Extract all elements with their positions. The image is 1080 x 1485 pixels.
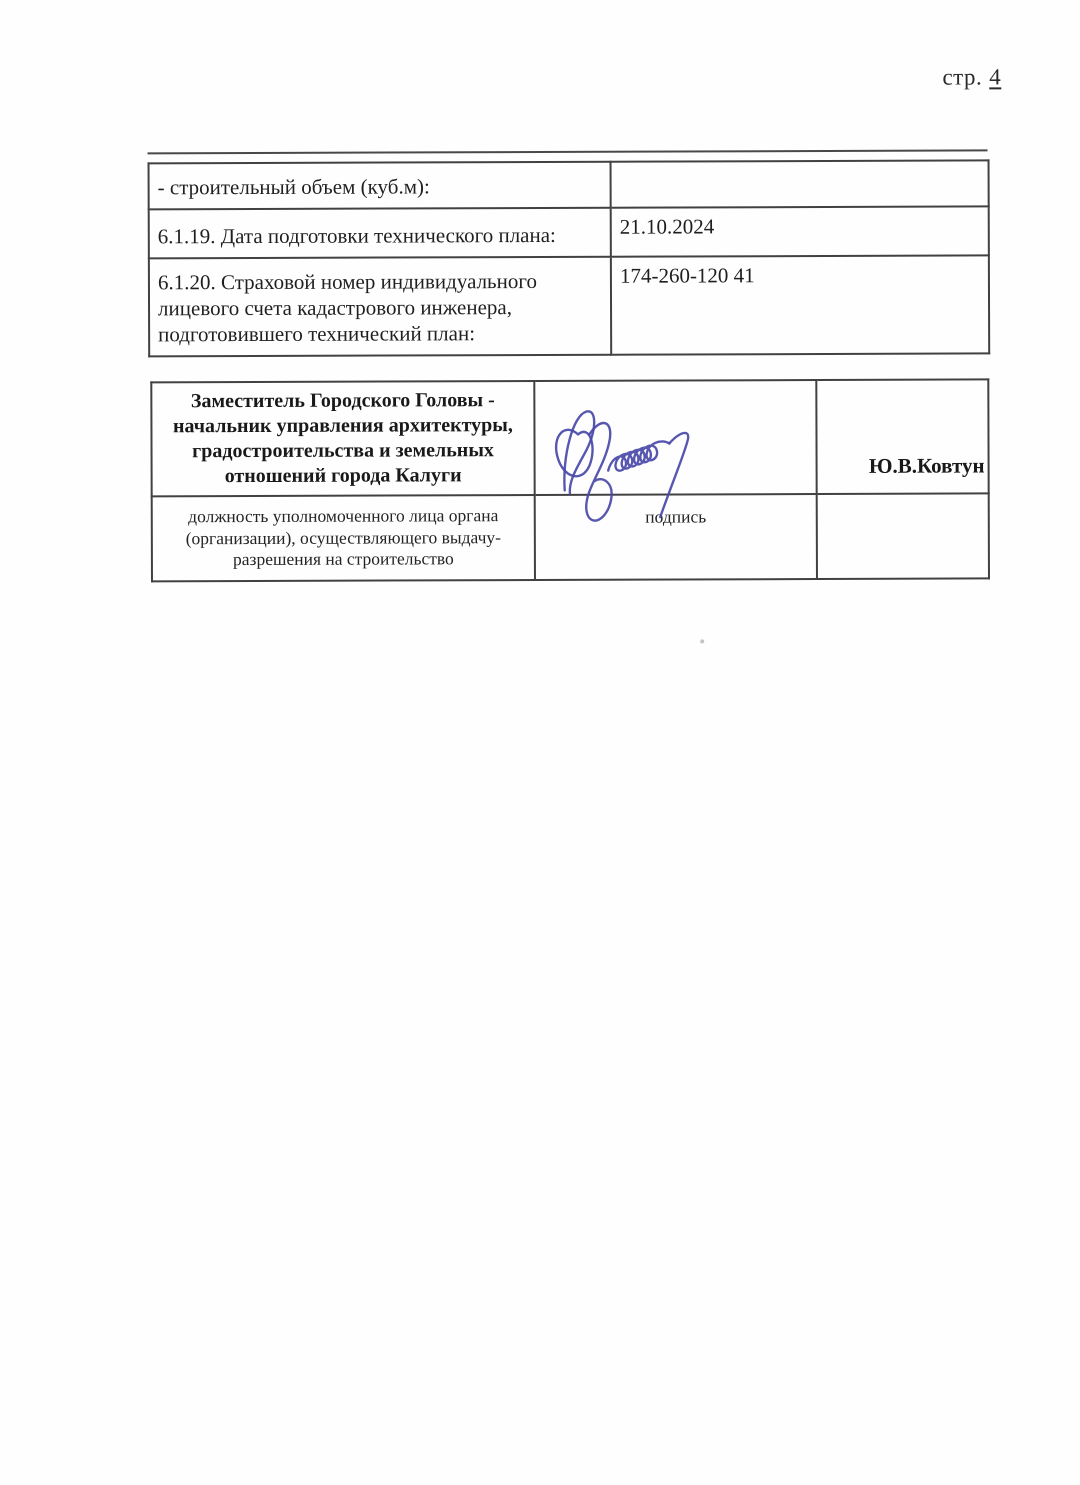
caption-row: должность уполномоченного лица органа (о… xyxy=(152,493,989,580)
row-value: 21.10.2024 xyxy=(611,206,989,256)
page-number-value: 4 xyxy=(989,64,1001,89)
table-row-building-volume: - строительный объем (куб.м): xyxy=(149,160,989,209)
scan-speck xyxy=(700,639,704,643)
table-row-plan-date: 6.1.19. Дата подготовки технического пла… xyxy=(149,206,989,258)
empty-cell xyxy=(817,493,989,578)
signature-caption: подпись xyxy=(535,494,817,579)
row-value: 174-260-120 41 xyxy=(611,255,989,354)
row-label: 6.1.20. Страховой номер индивидуального … xyxy=(149,257,611,357)
page-number: стр.4 xyxy=(942,64,1001,90)
table-row-snils-number: 6.1.20. Страховой номер индивидуального … xyxy=(149,255,989,356)
signer-name: Ю.В.Ковтун xyxy=(816,379,988,494)
position-caption: должность уполномоченного лица органа (о… xyxy=(152,495,535,581)
scanned-sheet: стр.4 - строительный объем (куб.м): 6.1.… xyxy=(0,0,1080,1485)
row-value xyxy=(611,160,989,207)
signature-row: Заместитель Городского Головы - начальни… xyxy=(151,379,988,496)
signature-block-table: Заместитель Городского Головы - начальни… xyxy=(150,378,990,581)
technical-plan-info-table: - строительный объем (куб.м): 6.1.19. Да… xyxy=(148,159,991,357)
row-label: - строительный объем (куб.м): xyxy=(149,162,611,210)
official-position-title: Заместитель Городского Головы - начальни… xyxy=(151,381,534,496)
table-top-rule xyxy=(147,149,987,154)
document-page: стр.4 - строительный объем (куб.м): 6.1.… xyxy=(0,0,1080,1485)
page-number-label: стр. xyxy=(942,64,982,89)
signature-cell xyxy=(534,380,816,495)
row-label: 6.1.19. Дата подготовки технического пла… xyxy=(149,208,611,259)
